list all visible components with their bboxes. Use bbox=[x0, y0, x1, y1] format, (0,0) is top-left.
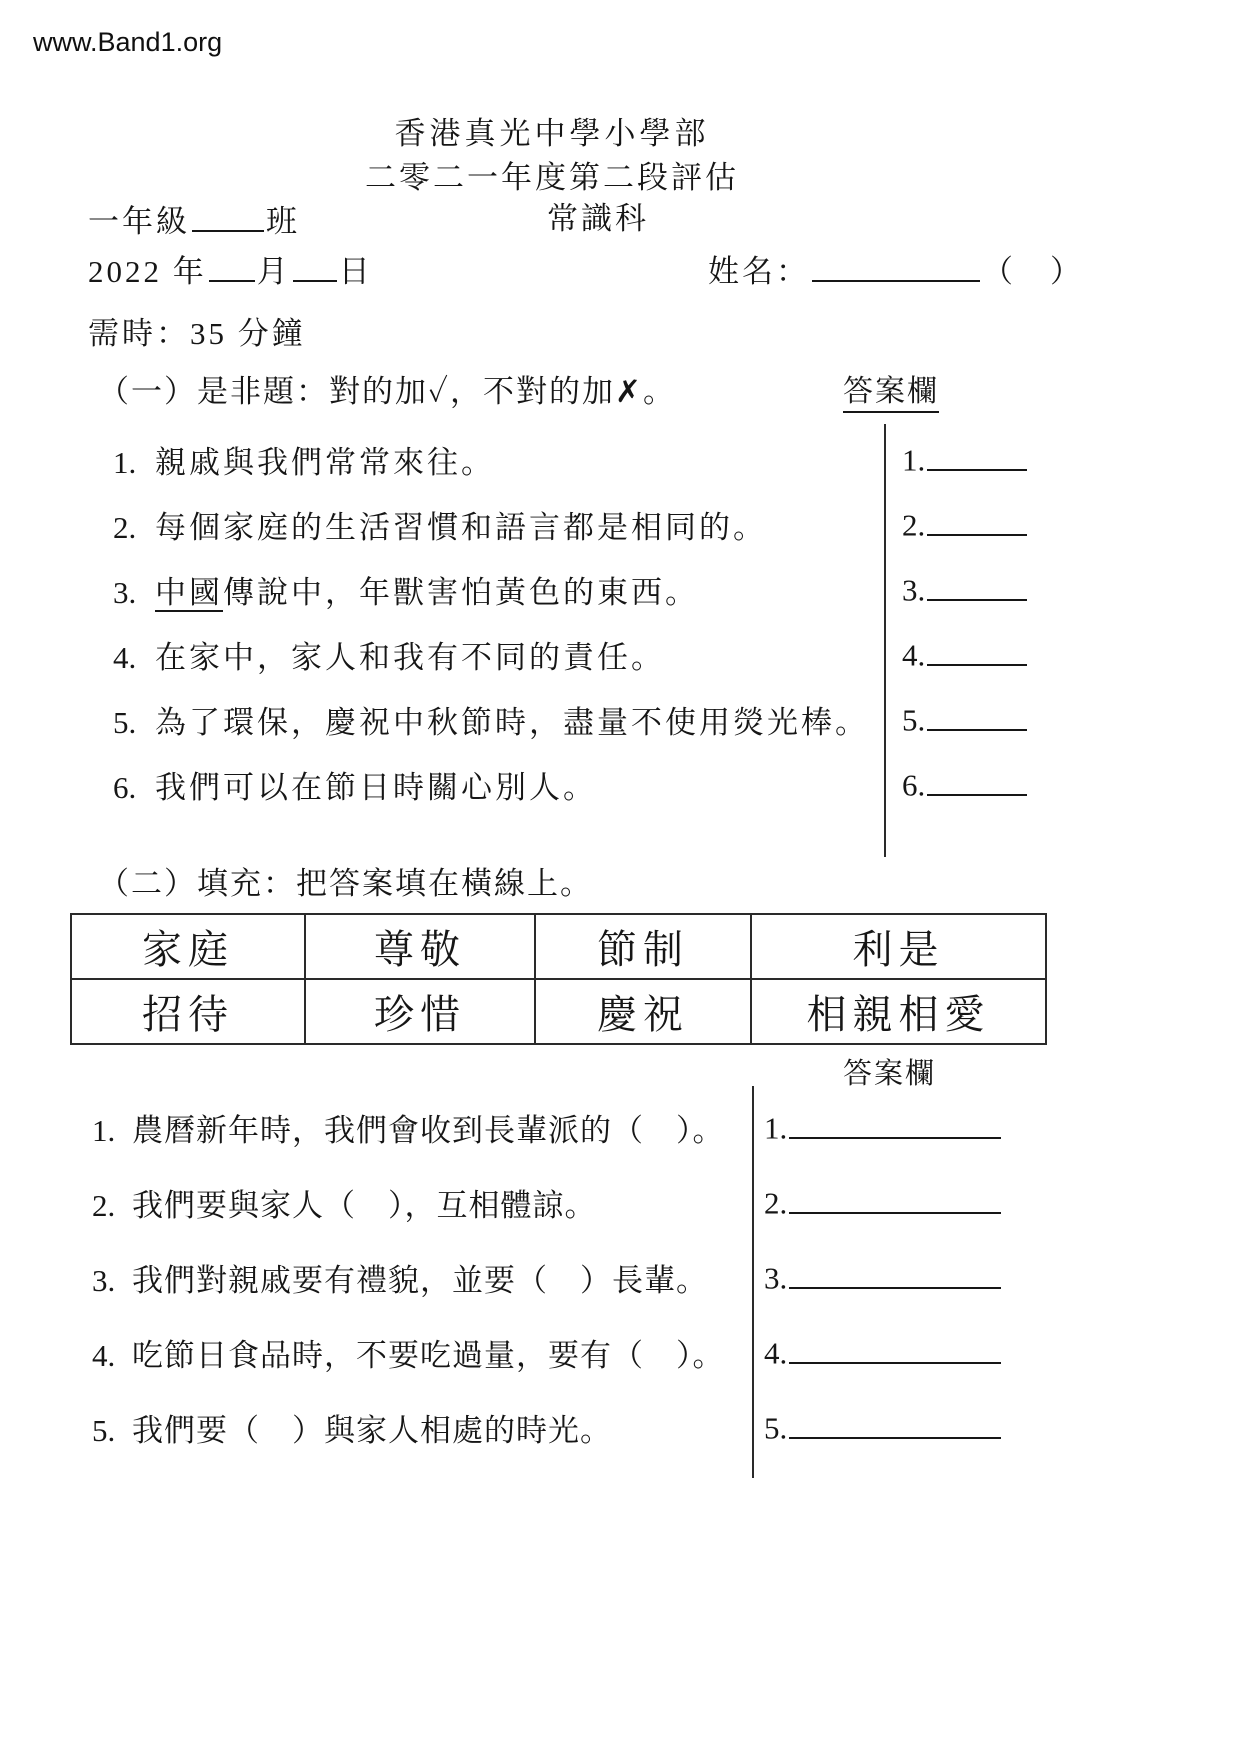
question-text: 吃節日食品時，不要吃過量，要有（ ）。 bbox=[132, 1338, 725, 1373]
answer-blank-line bbox=[789, 1180, 1001, 1214]
answer-blank-line bbox=[927, 632, 1027, 666]
s2-answer-5: 5. bbox=[764, 1405, 1003, 1447]
question-text: 每個家庭的生活習慣和語言都是相同的。 bbox=[155, 510, 767, 545]
s2-answer-2: 2. bbox=[764, 1180, 1003, 1222]
question-text: 農曆新年時，我們會收到長輩派的（ ）。 bbox=[132, 1113, 725, 1148]
answer-blank-line bbox=[789, 1255, 1001, 1289]
question-number: 3. bbox=[92, 1263, 132, 1299]
answer-blank-line bbox=[789, 1105, 1001, 1139]
answer-number: 2. bbox=[902, 508, 925, 543]
question-number: 1. bbox=[113, 445, 155, 481]
grade-line: 一年級班 bbox=[88, 196, 300, 241]
answer-blank-line bbox=[927, 762, 1027, 796]
name-blank-line bbox=[812, 248, 980, 282]
school-name: 香港真光中學小學部 bbox=[0, 108, 1104, 153]
question-text: 我們要（ ）與家人相處的時光。 bbox=[132, 1413, 612, 1448]
s2-answer-1: 1. bbox=[764, 1105, 1003, 1147]
month-blank-line bbox=[209, 248, 255, 282]
word-bank-cell: 利是 bbox=[751, 914, 1046, 979]
answer-number: 3. bbox=[764, 1261, 787, 1296]
question-number: 4. bbox=[113, 640, 155, 676]
name-paren: （ ） bbox=[982, 254, 1084, 289]
question-text: 傳說中，年獸害怕黃色的東西。 bbox=[223, 575, 699, 610]
question-text: 在家中，家人和我有不同的責任。 bbox=[155, 640, 665, 675]
question-number: 1. bbox=[92, 1113, 132, 1149]
question-number: 4. bbox=[92, 1338, 132, 1374]
s1-answer-4: 4. bbox=[902, 632, 1029, 674]
question-text: 親戚與我們常常來往。 bbox=[155, 445, 495, 480]
answer-number: 3. bbox=[902, 573, 925, 608]
exam-paper-page: www.Band1.org 香港真光中學小學部 二零二一年度第二段評估 一年級班… bbox=[0, 0, 1240, 1754]
date-line: 2022 年月日 bbox=[88, 246, 373, 291]
question-text: 我們要與家人（ ），互相體諒。 bbox=[132, 1188, 597, 1223]
s1-question-4: 4.在家中，家人和我有不同的責任。 bbox=[113, 632, 665, 677]
grade-prefix: 一年級 bbox=[88, 204, 190, 239]
word-bank-cell: 尊敬 bbox=[305, 914, 535, 979]
assessment-title: 二零二一年度第二段評估 bbox=[0, 152, 1104, 197]
date-year: 2022 年 bbox=[88, 254, 207, 289]
s2-question-4: 4.吃節日食品時，不要吃過量，要有（ ）。 bbox=[92, 1330, 725, 1375]
answer-number: 5. bbox=[764, 1411, 787, 1446]
question-number: 5. bbox=[113, 705, 155, 741]
question-number: 6. bbox=[113, 770, 155, 806]
answer-blank-line bbox=[927, 697, 1027, 731]
section1-answer-column-label: 答案欄 bbox=[843, 366, 939, 410]
section2-answer-column-label: 答案欄 bbox=[843, 1051, 936, 1092]
question-underlined-term: 中國 bbox=[155, 575, 223, 610]
answer-number: 1. bbox=[902, 443, 925, 478]
site-watermark: www.Band1.org bbox=[33, 27, 222, 58]
section2-heading: （二）填充：把答案填在橫線上。 bbox=[98, 858, 593, 903]
word-bank-cell: 招待 bbox=[71, 979, 305, 1044]
s1-question-1: 1.親戚與我們常常來往。 bbox=[113, 437, 495, 482]
class-blank-line bbox=[192, 198, 264, 232]
question-text: 為了環保，慶祝中秋節時，盡量不使用熒光棒。 bbox=[155, 705, 869, 740]
word-bank-cell: 珍惜 bbox=[305, 979, 535, 1044]
answer-number: 4. bbox=[902, 638, 925, 673]
answer-blank-line bbox=[927, 502, 1027, 536]
s2-question-3: 3.我們對親戚要有禮貌，並要（ ）長輩。 bbox=[92, 1255, 708, 1300]
word-bank-cell: 相親相愛 bbox=[751, 979, 1046, 1044]
answer-number: 4. bbox=[764, 1336, 787, 1371]
answer-blank-line bbox=[789, 1405, 1001, 1439]
s2-answer-4: 4. bbox=[764, 1330, 1003, 1372]
answer-number: 1. bbox=[764, 1111, 787, 1146]
answer-blank-line bbox=[927, 567, 1027, 601]
word-bank-cell: 節制 bbox=[535, 914, 751, 979]
subject-name: 常識科 bbox=[547, 193, 649, 238]
s1-question-5: 5.為了環保，慶祝中秋節時，盡量不使用熒光棒。 bbox=[113, 697, 869, 742]
section1-answer-divider-line bbox=[884, 424, 886, 857]
s1-answer-5: 5. bbox=[902, 697, 1029, 739]
section1-heading: （一）是非題：對的加✓，不對的加✗。 bbox=[98, 366, 676, 411]
s1-question-2: 2.每個家庭的生活習慣和語言都是相同的。 bbox=[113, 502, 767, 547]
s2-question-5: 5.我們要（ ）與家人相處的時光。 bbox=[92, 1405, 612, 1450]
question-number: 3. bbox=[113, 575, 155, 611]
word-bank-cell: 家庭 bbox=[71, 914, 305, 979]
s1-answer-1: 1. bbox=[902, 437, 1029, 479]
s1-answer-2: 2. bbox=[902, 502, 1029, 544]
word-bank-cell: 慶祝 bbox=[535, 979, 751, 1044]
answer-number: 6. bbox=[902, 768, 925, 803]
name-line: 姓名：（ ） bbox=[708, 246, 1084, 291]
answer-number: 5. bbox=[902, 703, 925, 738]
question-text: 我們可以在節日時關心別人。 bbox=[155, 770, 597, 805]
word-bank-table: 家庭 尊敬 節制 利是 招待 珍惜 慶祝 相親相愛 bbox=[70, 913, 1047, 1045]
date-day: 日 bbox=[339, 254, 373, 289]
s2-question-2: 2.我們要與家人（ ），互相體諒。 bbox=[92, 1180, 597, 1225]
s1-question-3: 3.中國傳說中，年獸害怕黃色的東西。 bbox=[113, 567, 699, 612]
question-number: 2. bbox=[92, 1188, 132, 1224]
date-month: 月 bbox=[257, 254, 291, 289]
question-text: 我們對親戚要有禮貌，並要（ ）長輩。 bbox=[132, 1263, 708, 1298]
duration-note: 需時：35 分鐘 bbox=[88, 308, 306, 353]
word-bank-row: 家庭 尊敬 節制 利是 bbox=[71, 914, 1046, 979]
answer-number: 2. bbox=[764, 1186, 787, 1221]
question-number: 2. bbox=[113, 510, 155, 546]
s1-answer-6: 6. bbox=[902, 762, 1029, 804]
name-label: 姓名： bbox=[708, 254, 810, 289]
word-bank-row: 招待 珍惜 慶祝 相親相愛 bbox=[71, 979, 1046, 1044]
s1-answer-3: 3. bbox=[902, 567, 1029, 609]
answer-blank-line bbox=[927, 437, 1027, 471]
grade-suffix: 班 bbox=[266, 204, 300, 239]
s2-answer-3: 3. bbox=[764, 1255, 1003, 1297]
section2-answer-divider-line bbox=[752, 1086, 754, 1478]
s2-question-1: 1.農曆新年時，我們會收到長輩派的（ ）。 bbox=[92, 1105, 725, 1150]
answer-blank-line bbox=[789, 1330, 1001, 1364]
s1-question-6: 6.我們可以在節日時關心別人。 bbox=[113, 762, 597, 807]
day-blank-line bbox=[293, 248, 337, 282]
question-number: 5. bbox=[92, 1413, 132, 1449]
